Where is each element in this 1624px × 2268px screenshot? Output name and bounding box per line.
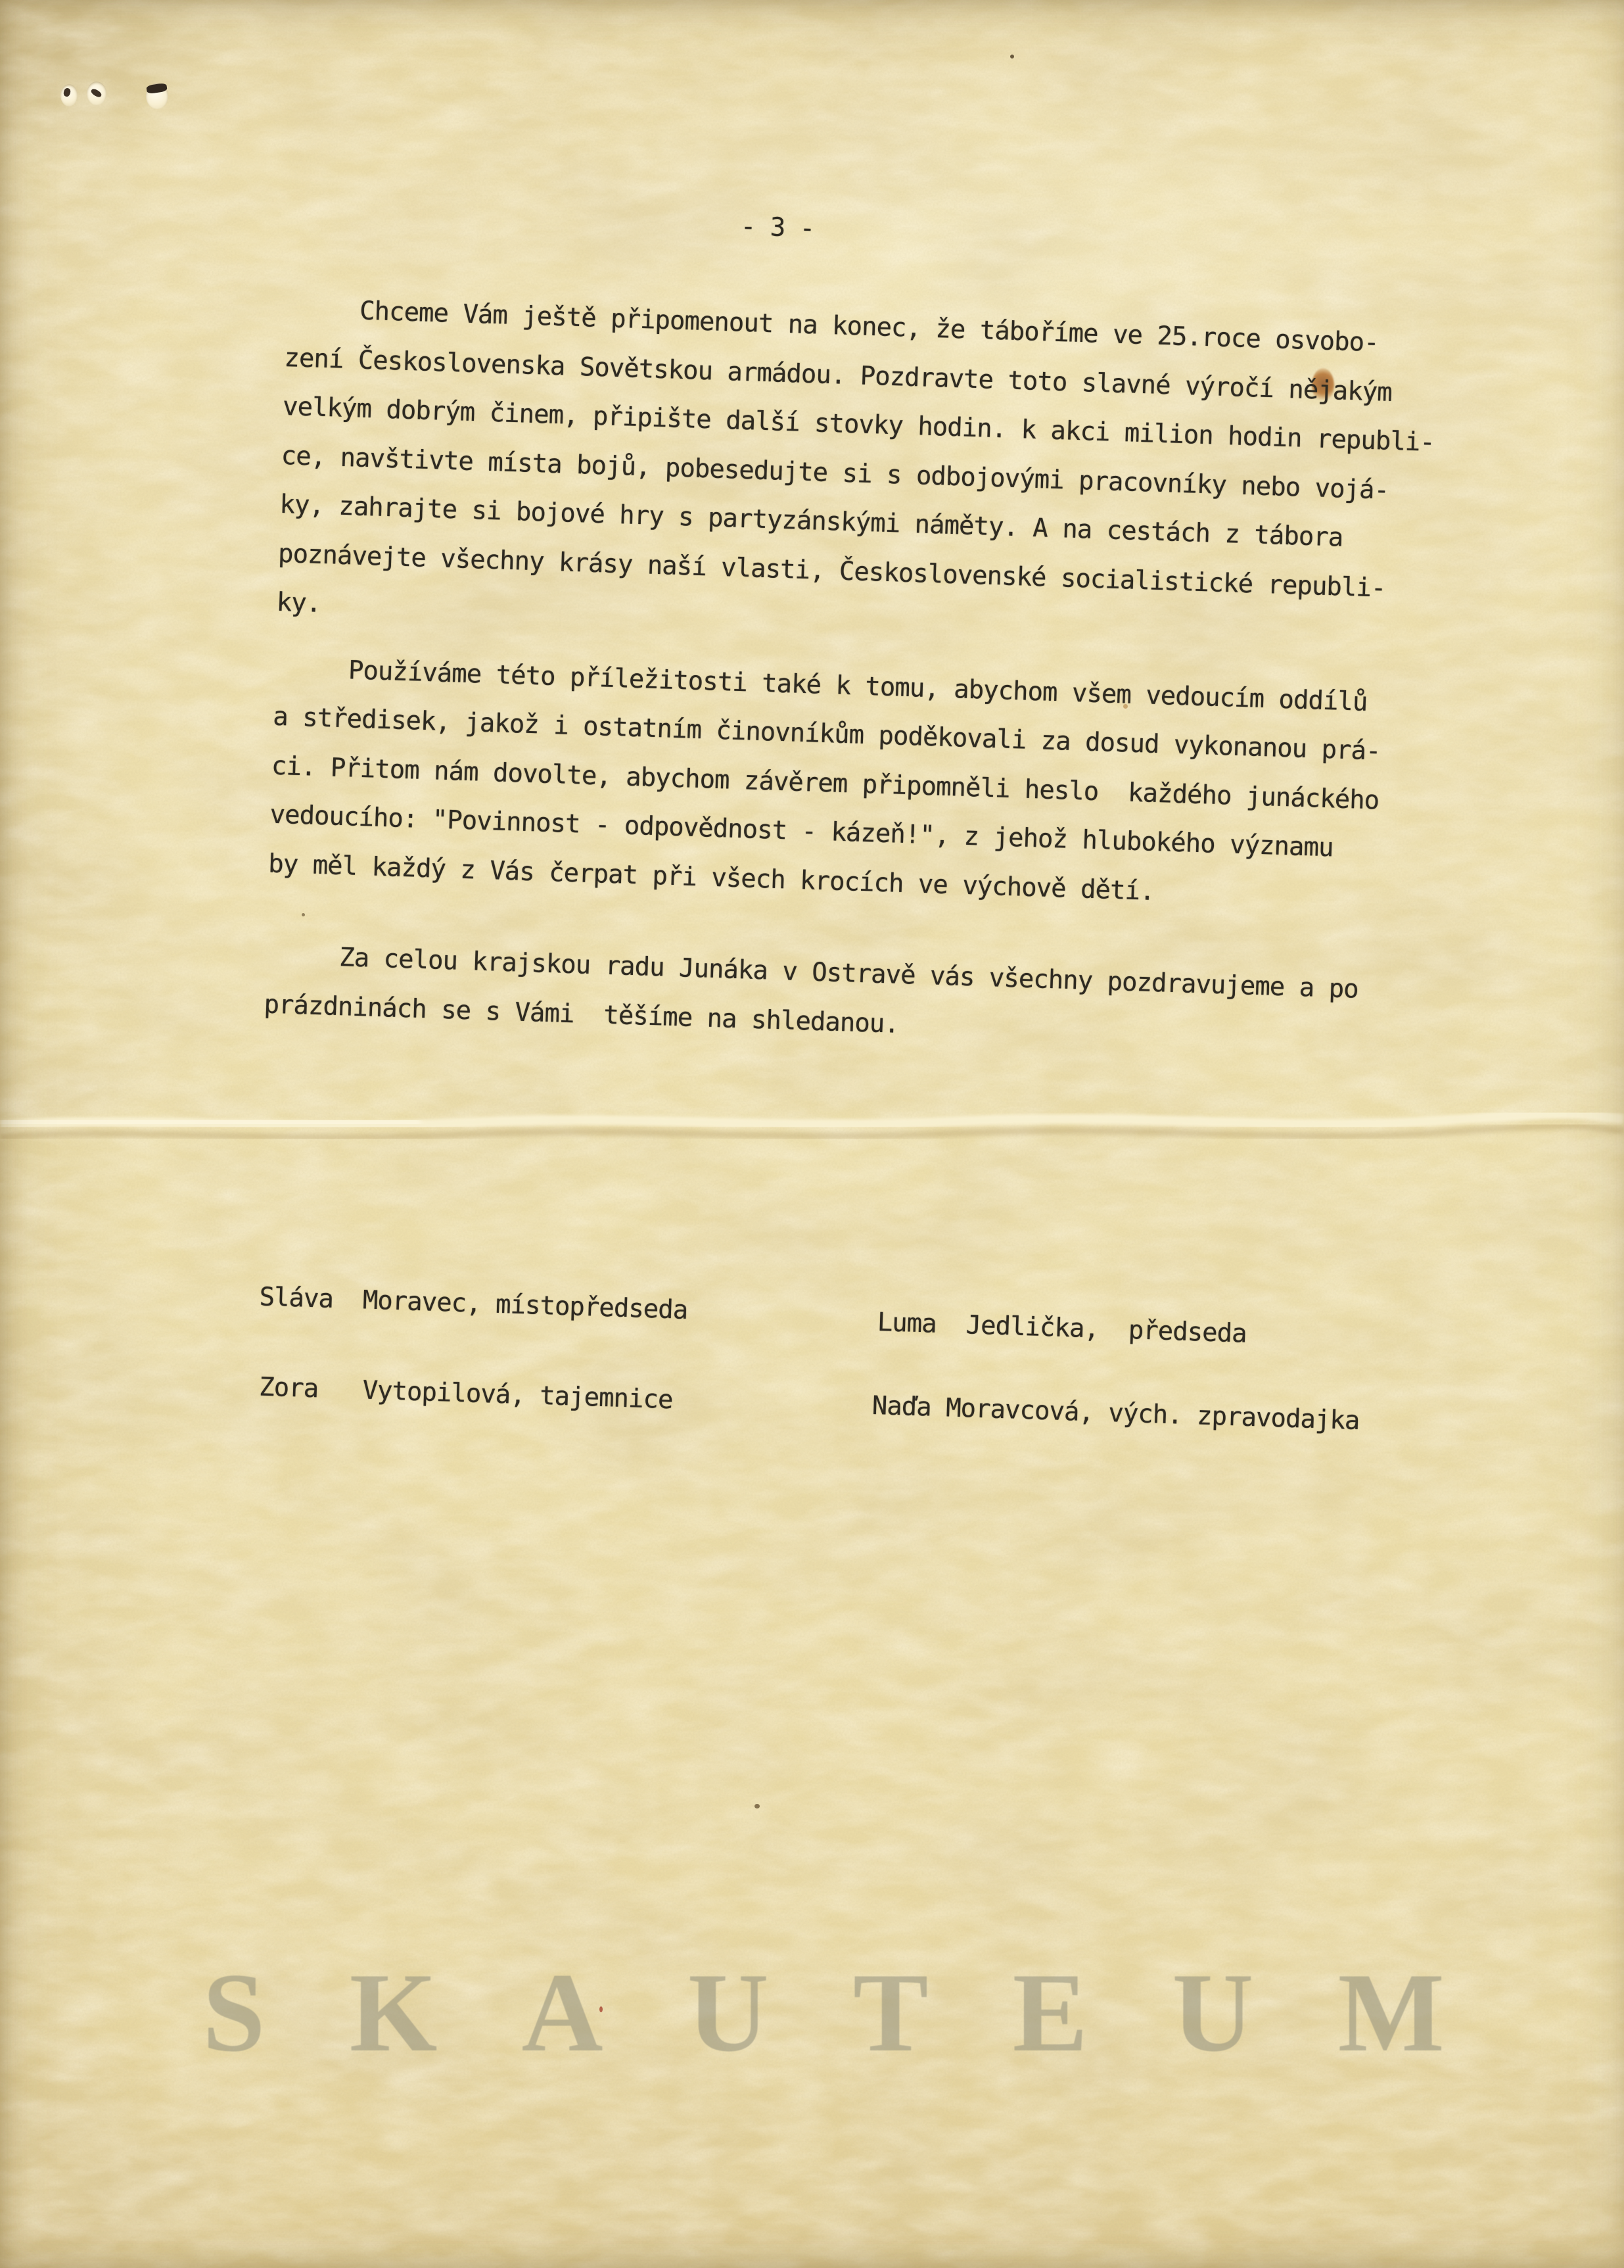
punch-hole (146, 83, 168, 109)
skauteum-watermark: SKAUTEUM (202, 1956, 1529, 2069)
scanned-letter-page: SKAUTEUM - 3 - Chceme Vám ještě připomen… (0, 0, 1624, 2268)
paragraph: Chceme Vám ještě připomenout na konec, ž… (276, 285, 1495, 665)
signature-education-officer: Naďa Moravcová, vých. zpravodajka (871, 1382, 1360, 1446)
punch-hole (60, 84, 78, 106)
ink-speck (1010, 55, 1014, 59)
signature-vice-chairman: Sláva Moravec, místopředseda (258, 1273, 688, 1335)
hole-shadow (62, 87, 71, 97)
typed-text-block: Chceme Vám ještě připomenout na konec, ž… (250, 285, 1495, 1499)
punch-hole (87, 82, 106, 105)
hole-shadow (146, 83, 168, 94)
signature-chairman: Luma Jedlička, předseda (877, 1298, 1247, 1359)
page-number: - 3 - (740, 202, 816, 254)
ink-speck (754, 1804, 760, 1808)
signature-secretary: Zora Vytopilová, tajemnice (258, 1363, 673, 1425)
paragraph: Za celou krajskou radu Junáka v Ostravě … (263, 932, 1475, 1068)
paragraph: Používáme této příležitosti také k tomu,… (267, 644, 1484, 926)
hole-shadow (90, 87, 103, 99)
